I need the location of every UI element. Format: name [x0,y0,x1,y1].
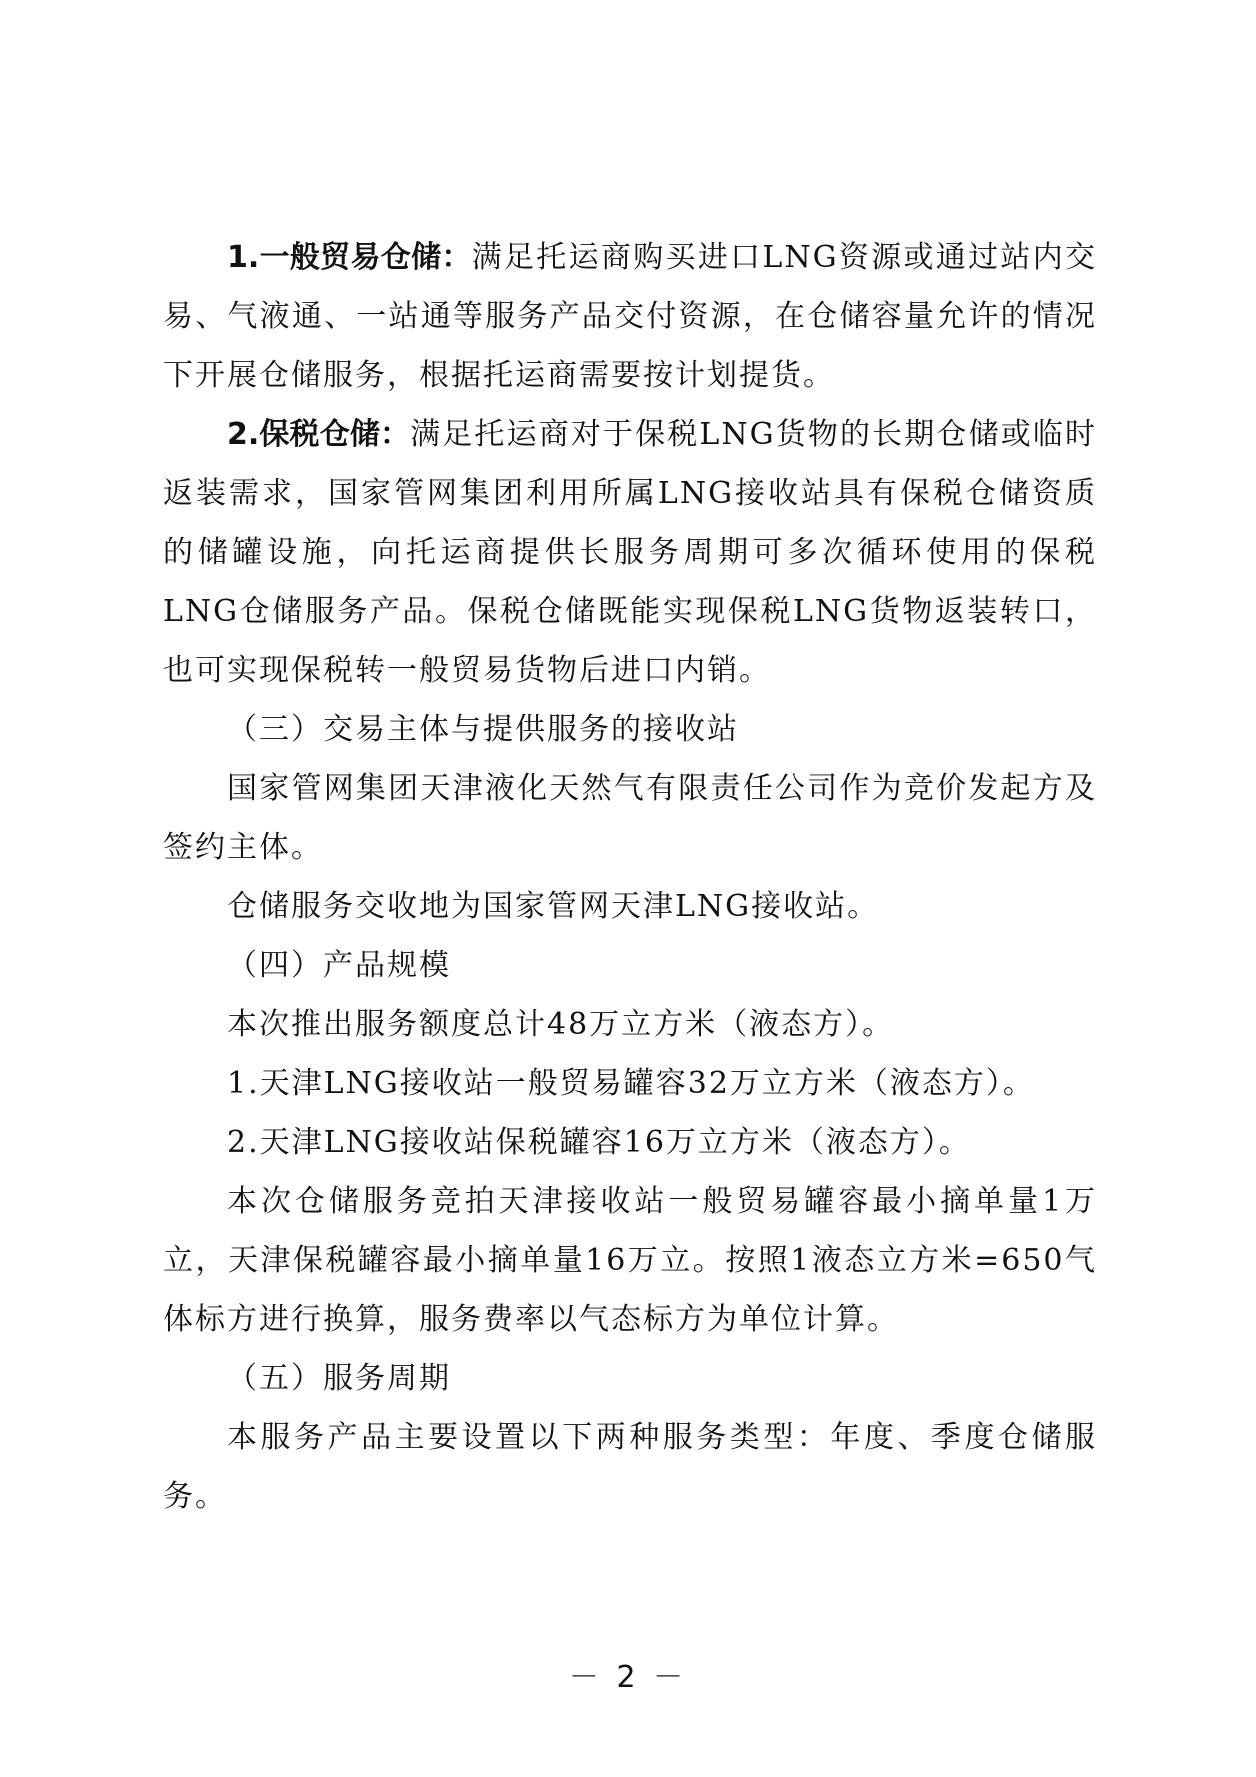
paragraph-lead: 1.一般贸易仓储： [227,240,472,275]
paragraph-delivery-location: 仓储服务交收地为国家管网天津LNG接收站。 [163,877,1097,936]
paragraph-general-trade-storage: 1.一般贸易仓储：满足托运商购买进口LNG资源或通过站内交易、气液通、一站通等服… [163,228,1097,405]
paragraph-min-order: 本次仓储服务竞拍天津接收站一般贸易罐容最小摘单量1万立，天津保税罐容最小摘单量1… [163,1172,1097,1349]
section-heading-4: （四）产品规模 [163,936,1097,995]
paragraph-service-types: 本服务产品主要设置以下两种服务类型：年度、季度仓储服务。 [163,1408,1097,1526]
paragraph-lead: 2.保税仓储： [227,417,410,452]
paragraph-total-quota: 本次推出服务额度总计48万立方米（液态方）。 [163,995,1097,1054]
page-number: － 2 － [0,1652,1256,1696]
paragraph-text: 满足托运商对于保税LNG货物的长期仓储或临时返装需求，国家管网集团利用所属LNG… [163,417,1097,688]
section-heading-5: （五）服务周期 [163,1349,1097,1408]
document-body: 1.一般贸易仓储：满足托运商购买进口LNG资源或通过站内交易、气液通、一站通等服… [163,228,1097,1526]
paragraph-trading-entity: 国家管网集团天津液化天然气有限责任公司作为竞价发起方及签约主体。 [163,759,1097,877]
paragraph-bonded-tank-capacity: 2.天津LNG接收站保税罐容16万立方米（液态方）。 [163,1113,1097,1172]
paragraph-general-tank-capacity: 1.天津LNG接收站一般贸易罐容32万立方米（液态方）。 [163,1054,1097,1113]
section-heading-3: （三）交易主体与提供服务的接收站 [163,700,1097,759]
paragraph-bonded-storage: 2.保税仓储：满足托运商对于保税LNG货物的长期仓储或临时返装需求，国家管网集团… [163,405,1097,700]
